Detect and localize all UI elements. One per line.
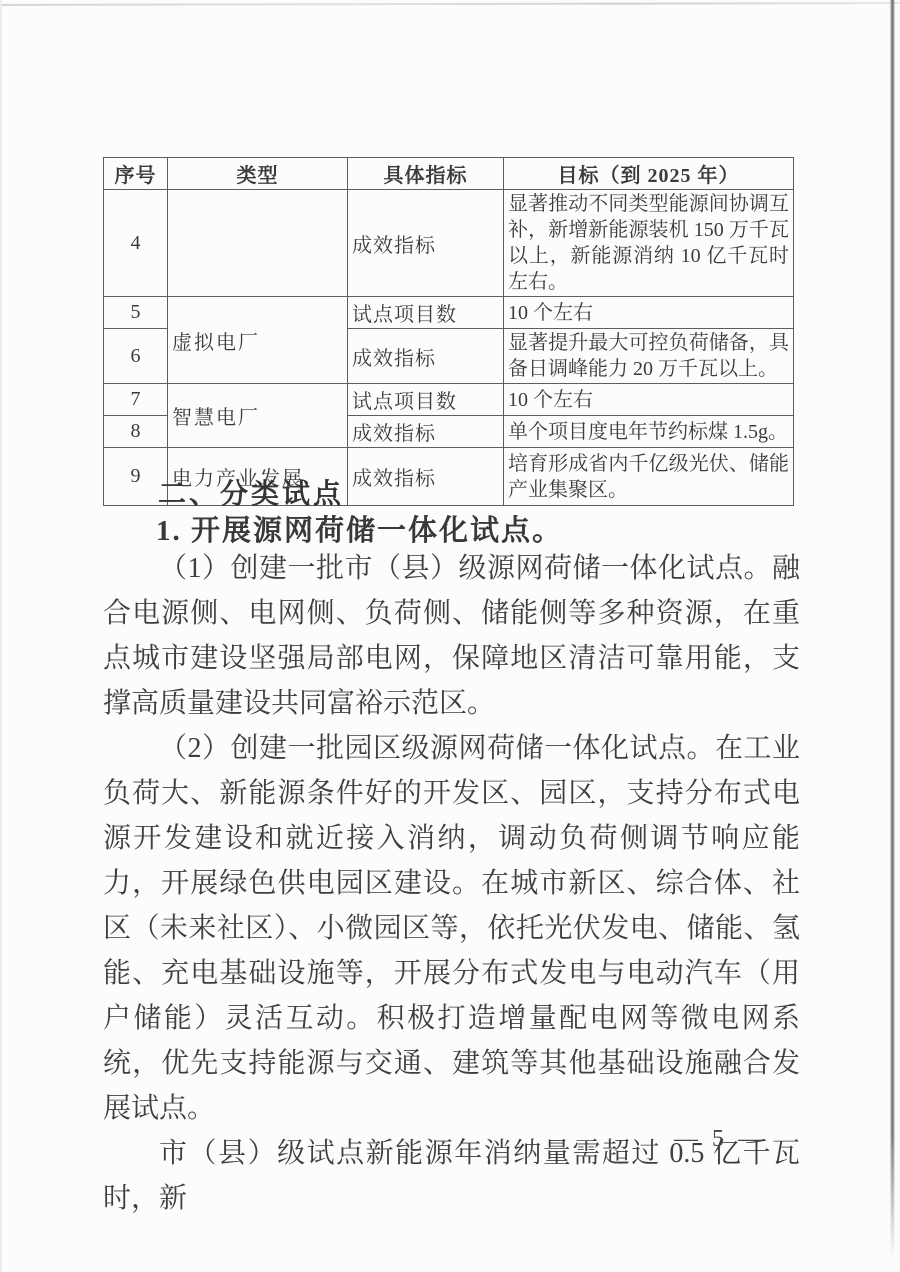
cell-seq: 5 xyxy=(104,297,168,329)
subsection-heading: 1. 开展源网荷储一体化试点。 xyxy=(156,515,563,548)
cell-target: 培育形成省内千亿级光伏、储能产业集聚区。 xyxy=(504,448,794,506)
cell-seq: 8 xyxy=(104,416,168,448)
cell-indicator: 成效指标 xyxy=(348,190,504,297)
table-header-row: 序号 类型 具体指标 目标（到 2025 年） xyxy=(104,158,794,190)
scan-right-edge-artifact xyxy=(890,0,895,1258)
indicator-table: 序号 类型 具体指标 目标（到 2025 年） 4 成效指标 显著推动不同类型能… xyxy=(103,157,794,506)
cell-target: 单个项目度电年节约标煤 1.5g。 xyxy=(504,416,794,448)
col-header-seq: 序号 xyxy=(104,158,168,190)
col-header-type: 类型 xyxy=(168,158,348,190)
cell-indicator: 试点项目数 xyxy=(348,384,504,416)
cell-target: 10 个左右 xyxy=(504,297,794,329)
table-row: 7 智慧电厂 试点项目数 10 个左右 xyxy=(104,384,794,416)
cell-indicator: 试点项目数 xyxy=(348,297,504,329)
col-header-indicator: 具体指标 xyxy=(348,158,504,190)
document-page: 序号 类型 具体指标 目标（到 2025 年） 4 成效指标 显著推动不同类型能… xyxy=(0,0,900,1272)
section-heading: 二、分类试点 xyxy=(158,479,344,509)
col-header-target: 目标（到 2025 年） xyxy=(504,158,794,190)
scan-left-edge-artifact xyxy=(0,0,2,1272)
cell-target: 10 个左右 xyxy=(504,384,794,416)
cell-target: 显著推动不同类型能源间协调互补，新增新能源装机 150 万千瓦以上，新能源消纳 … xyxy=(504,190,794,297)
cell-indicator: 成效指标 xyxy=(348,416,504,448)
table-row: 4 成效指标 显著推动不同类型能源间协调互补，新增新能源装机 150 万千瓦以上… xyxy=(104,190,794,297)
paragraph-2: （2）创建一批园区级源网荷储一体化试点。在工业负荷大、新能源条件好的开发区、园区… xyxy=(103,726,800,1131)
cell-indicator: 成效指标 xyxy=(348,329,504,384)
cell-type: 虚拟电厂 xyxy=(168,297,348,384)
cell-target: 显著提升最大可控负荷储备，具备日调峰能力 20 万千瓦以上。 xyxy=(504,329,794,384)
body-text: （1）创建一批市（县）级源网荷储一体化试点。融合电源侧、电网侧、负荷侧、储能侧等… xyxy=(103,546,800,1221)
cell-type: 智慧电厂 xyxy=(168,384,348,448)
paragraph-1: （1）创建一批市（县）级源网荷储一体化试点。融合电源侧、电网侧、负荷侧、储能侧等… xyxy=(103,546,800,726)
scan-top-edge-artifact xyxy=(0,2,900,6)
cell-seq: 7 xyxy=(104,384,168,416)
cell-type xyxy=(168,190,348,297)
cell-indicator: 成效指标 xyxy=(348,448,504,506)
page-number: — 5 — xyxy=(640,1126,800,1153)
cell-seq: 6 xyxy=(104,329,168,384)
table-row: 5 虚拟电厂 试点项目数 10 个左右 xyxy=(104,297,794,329)
cell-seq: 4 xyxy=(104,190,168,297)
